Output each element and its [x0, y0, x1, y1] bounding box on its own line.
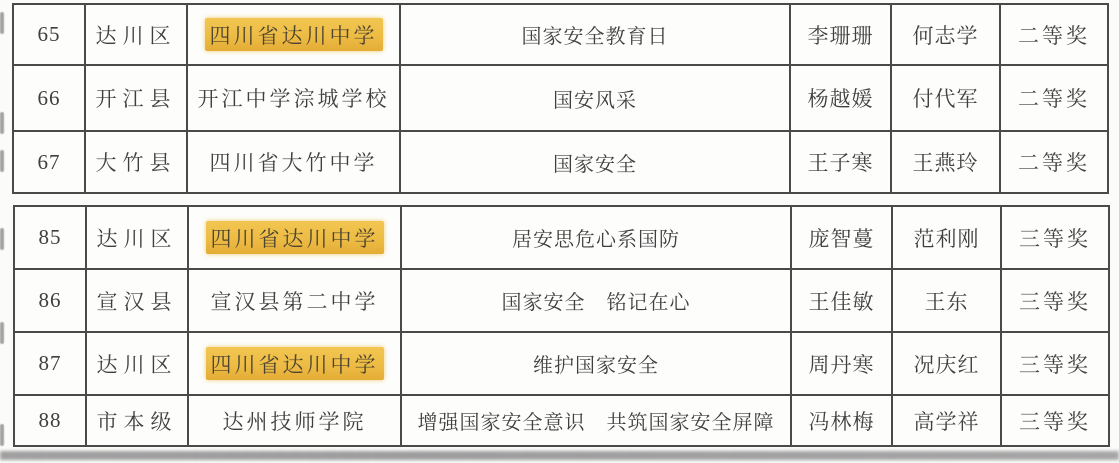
scan-artifact: [0, 424, 4, 446]
cell-award: 三等奖: [1001, 332, 1109, 395]
cell-school: 四川省达川中学: [187, 4, 400, 65]
cell-teacher: 王东: [892, 269, 1001, 332]
cell-school: 四川省大竹中学: [187, 131, 400, 193]
cell-award: 二等奖: [1000, 131, 1108, 193]
cell-author: 杨越媛: [790, 65, 891, 131]
cell-county: 大竹县: [85, 131, 187, 193]
highlighted-school-name: 四川省达川中学: [206, 347, 384, 380]
cell-entry-title: 居安思危心系国防: [401, 206, 791, 269]
scan-artifact: [0, 322, 4, 344]
cell-serial-number: 88: [14, 395, 86, 446]
table-row: 87 达川区 四川省达川中学 维护国家安全 周丹寒 况庆红 三等奖: [14, 332, 1109, 395]
award-table-upper: 65 达川区 四川省达川中学 国家安全教育日 李珊珊 何志学 二等奖 66 开江…: [12, 3, 1109, 194]
cell-county: 达川区: [86, 332, 188, 395]
table-row: 85 达川区 四川省达川中学 居安思危心系国防 庞智蔓 范利刚 三等奖: [14, 206, 1109, 269]
cell-serial-number: 87: [14, 332, 86, 395]
cell-award: 二等奖: [1000, 65, 1108, 131]
cell-school: 开江中学淙城学校: [187, 65, 400, 131]
cell-county: 达川区: [86, 206, 188, 269]
cell-author: 庞智蔓: [791, 206, 892, 269]
cell-serial-number: 86: [14, 269, 86, 332]
highlighted-school-name: 四川省达川中学: [206, 221, 384, 254]
cell-teacher: 付代军: [891, 65, 1000, 131]
scanned-award-list-page: 65 达川区 四川省达川中学 国家安全教育日 李珊珊 何志学 二等奖 66 开江…: [0, 0, 1119, 463]
table-row: 65 达川区 四川省达川中学 国家安全教育日 李珊珊 何志学 二等奖: [13, 4, 1108, 65]
cell-entry-title: 国安风采: [400, 65, 790, 131]
cell-author: 王子寒: [790, 131, 891, 193]
cell-award: 三等奖: [1001, 206, 1109, 269]
cell-serial-number: 65: [13, 4, 85, 65]
cell-award: 三等奖: [1001, 395, 1109, 446]
scan-artifact: [0, 150, 4, 172]
scan-artifact-bottom-band: [0, 451, 1119, 460]
cell-serial-number: 67: [13, 131, 85, 193]
table-row: 88 市本级 达州技师学院 增强国家安全意识 共筑国家安全屏障 冯林梅 高学祥 …: [14, 395, 1109, 446]
cell-teacher: 何志学: [891, 4, 1000, 65]
cell-author: 冯林梅: [791, 395, 892, 446]
cell-teacher: 王燕玲: [891, 131, 1000, 193]
cell-entry-title: 维护国家安全: [401, 332, 791, 395]
award-table-lower: 85 达川区 四川省达川中学 居安思危心系国防 庞智蔓 范利刚 三等奖 86 宣…: [13, 205, 1110, 447]
cell-entry-title: 国家安全: [400, 131, 790, 193]
table-row: 86 宣汉县 宣汉县第二中学 国家安全 铭记在心 王佳敏 王东 三等奖: [14, 269, 1109, 332]
table-row: 66 开江县 开江中学淙城学校 国安风采 杨越媛 付代军 二等奖: [13, 65, 1108, 131]
cell-entry-title: 国家安全 铭记在心: [401, 269, 791, 332]
cell-award: 二等奖: [1000, 4, 1108, 65]
cell-school: 达州技师学院: [188, 395, 401, 446]
cell-serial-number: 85: [14, 206, 86, 269]
scan-artifact: [0, 12, 4, 34]
cell-county: 达川区: [85, 4, 187, 65]
cell-county: 市本级: [86, 395, 188, 446]
highlighted-school-name: 四川省达川中学: [205, 18, 383, 51]
cell-entry-title: 增强国家安全意识 共筑国家安全屏障: [401, 395, 791, 446]
cell-award: 三等奖: [1001, 269, 1109, 332]
scan-artifact: [0, 228, 4, 250]
cell-school: 四川省达川中学: [188, 206, 401, 269]
cell-school: 宣汉县第二中学: [188, 269, 401, 332]
cell-serial-number: 66: [13, 65, 85, 131]
cell-teacher: 范利刚: [892, 206, 1001, 269]
cell-school: 四川省达川中学: [188, 332, 401, 395]
cell-author: 王佳敏: [791, 269, 892, 332]
cell-county: 宣汉县: [86, 269, 188, 332]
cell-entry-title: 国家安全教育日: [400, 4, 790, 65]
cell-teacher: 高学祥: [892, 395, 1001, 446]
cell-author: 周丹寒: [791, 332, 892, 395]
cell-teacher: 况庆红: [892, 332, 1001, 395]
cell-author: 李珊珊: [790, 4, 891, 65]
cell-county: 开江县: [85, 65, 187, 131]
table-row: 67 大竹县 四川省大竹中学 国家安全 王子寒 王燕玲 二等奖: [13, 131, 1108, 193]
scan-artifact: [0, 112, 4, 134]
